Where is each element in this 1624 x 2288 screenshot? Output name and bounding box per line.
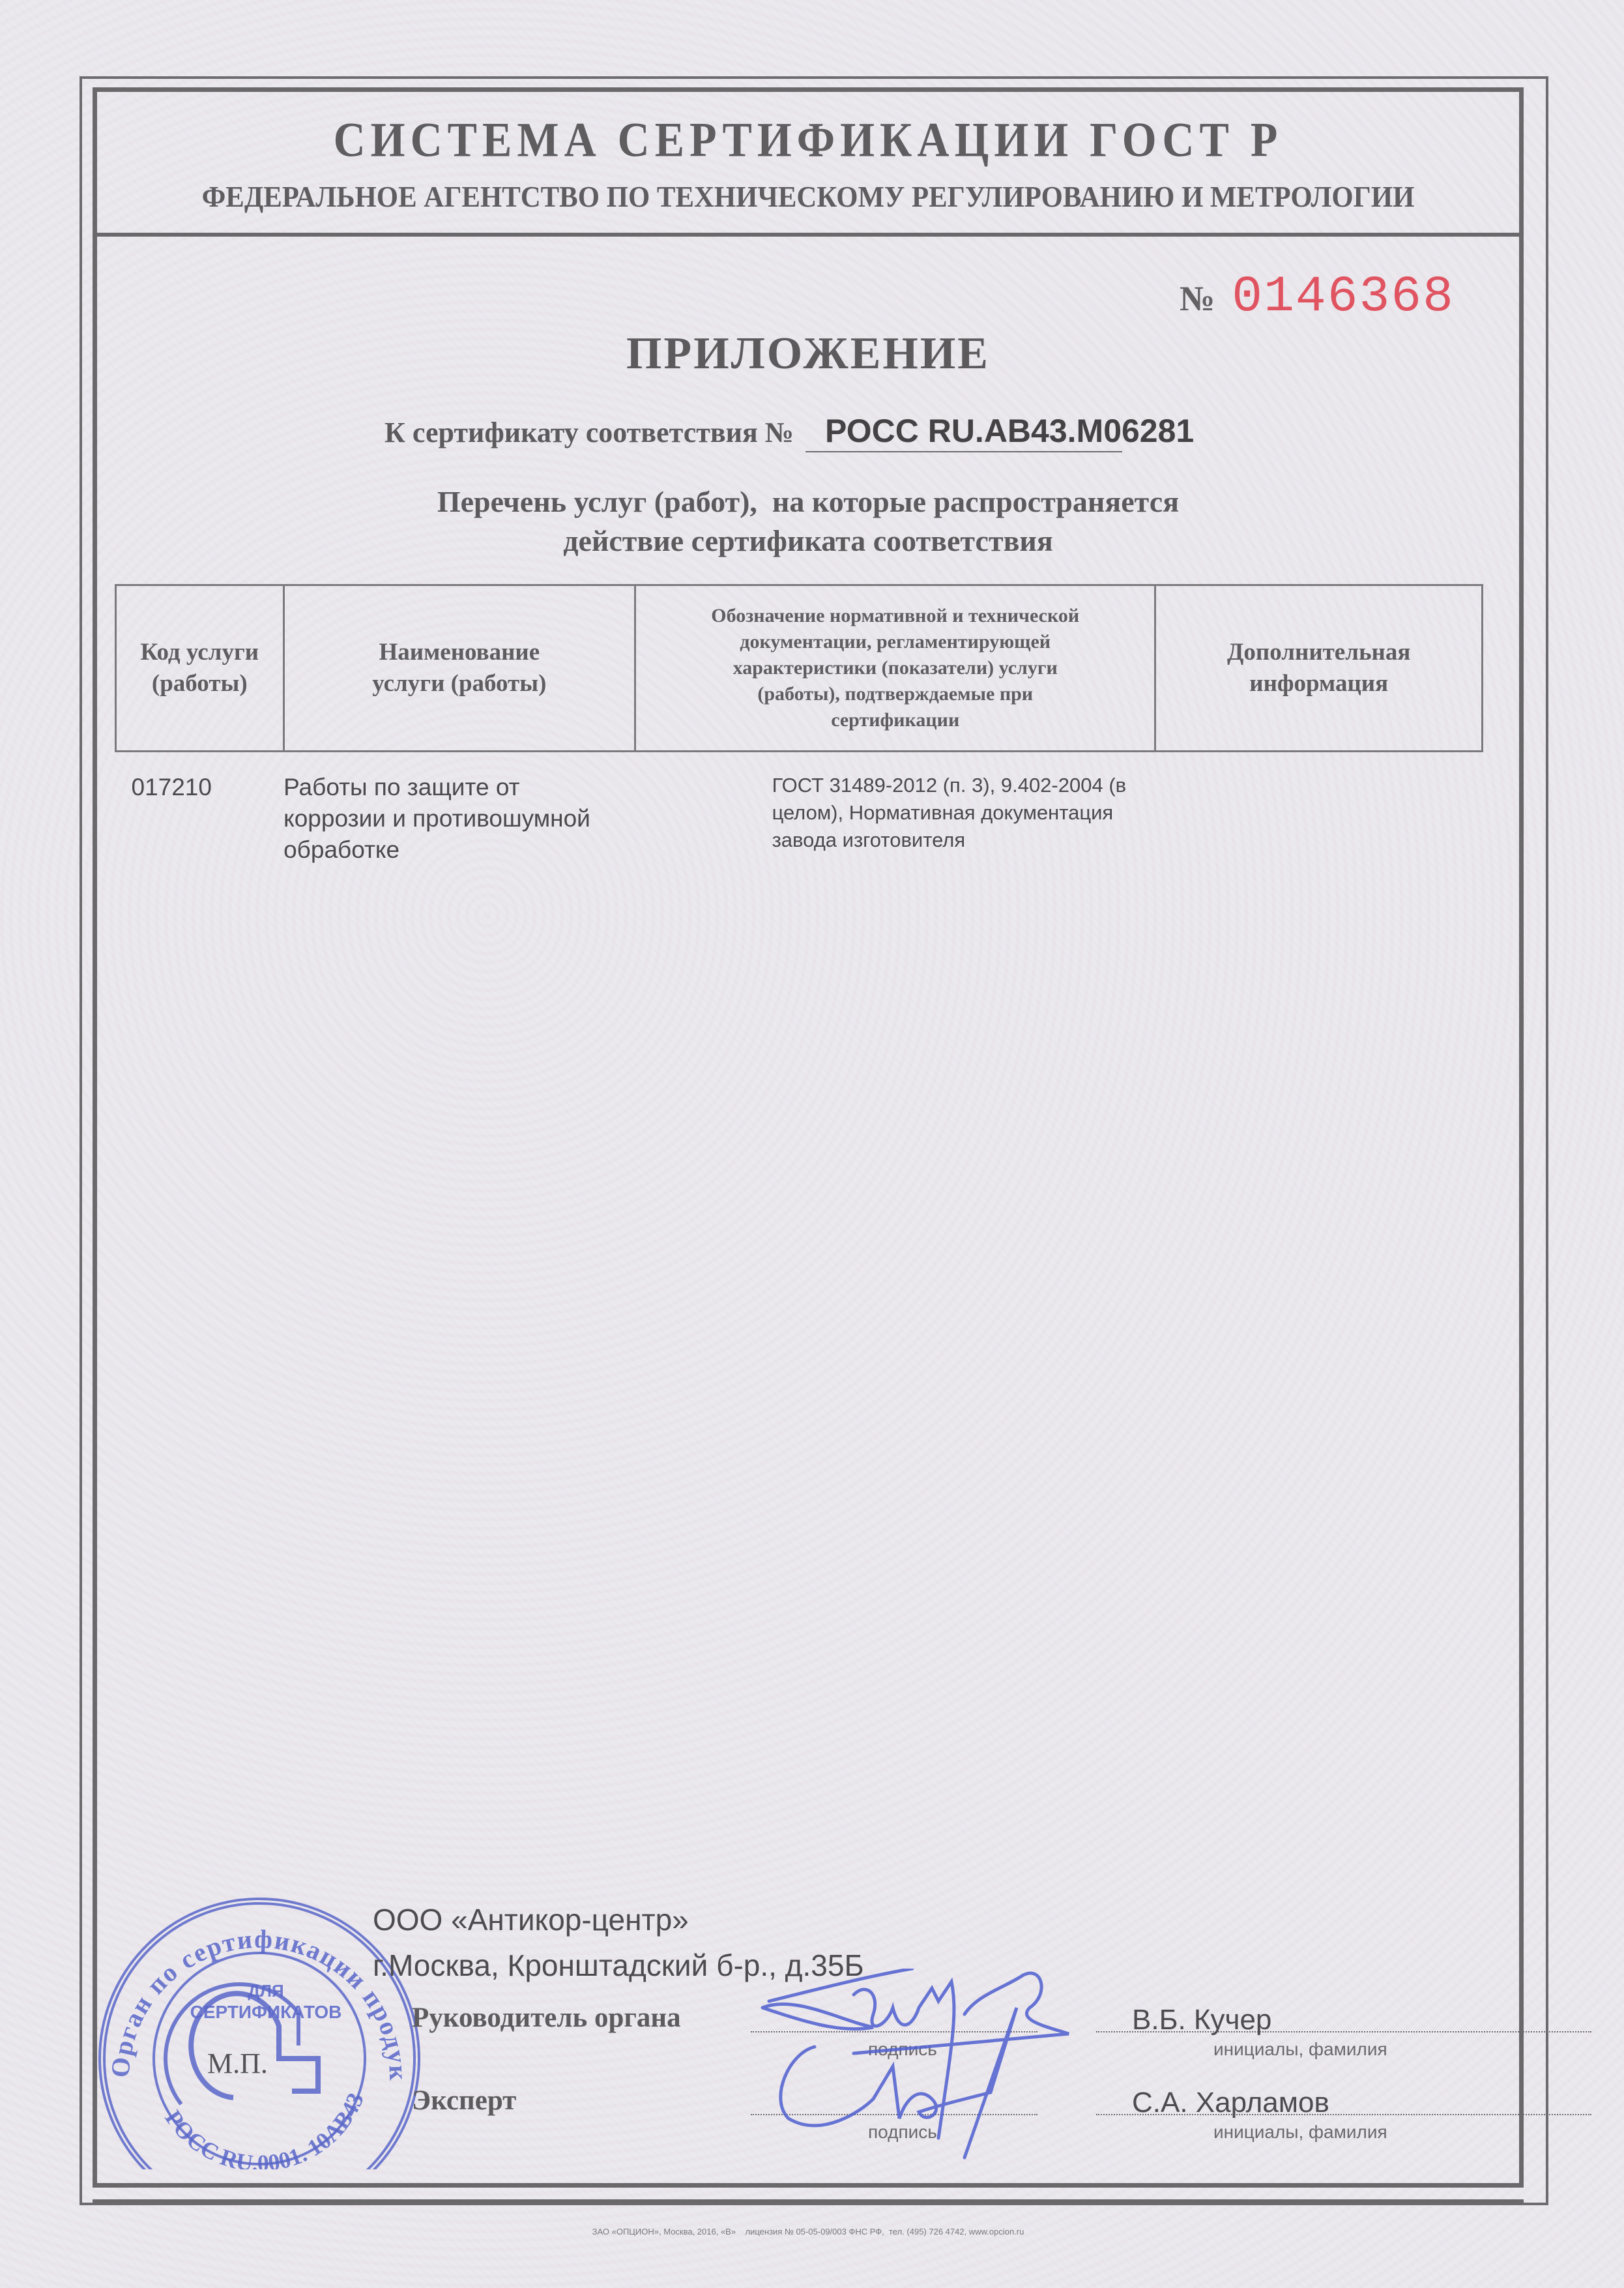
services-list-title-line1: Перечень услуг (работ), на которые распр… bbox=[93, 482, 1524, 521]
printer-imprint: ЗАО «ОПЦИОН», Москва, 2016, «В» лицензия… bbox=[93, 2227, 1524, 2237]
stamp-inner-line1: ДЛЯ bbox=[248, 1981, 283, 2001]
certification-system-title: СИСТЕМА СЕРТИФИКАЦИИ ГОСТ Р bbox=[93, 111, 1524, 168]
certificate-label: К сертификату соответствия № bbox=[384, 416, 794, 449]
service-code: 017210 bbox=[116, 752, 284, 867]
signatory-role: Эксперт bbox=[412, 2085, 516, 2117]
signatory-role: Руководитель органа bbox=[412, 2002, 681, 2034]
appendix-title: ПРИЛОЖЕНИЕ bbox=[93, 328, 1524, 380]
column-header-code: Код услуги (работы) bbox=[116, 585, 284, 752]
table-header-row: Код услуги (работы) Наименование услуги … bbox=[116, 585, 1483, 752]
name-caption: инициалы, фамилия bbox=[1213, 2039, 1387, 2060]
stamp-inner-line2: СЕРТИФИКАТОВ bbox=[190, 2002, 342, 2022]
stamp-place-label: М.П. bbox=[207, 2047, 268, 2080]
bottom-divider bbox=[93, 2199, 1524, 2205]
certificate-number-underline bbox=[805, 451, 1122, 452]
serial-number-value: 0146368 bbox=[1232, 269, 1455, 326]
column-header-additional: Дополнительная информация bbox=[1155, 585, 1483, 752]
certificate-number: РОСС RU.АВ43.М06281 bbox=[825, 413, 1194, 449]
stamp-registration-text: РОСС RU.0001. 10АВ43 bbox=[160, 2089, 369, 2169]
handwritten-signatures bbox=[743, 1969, 1108, 2164]
signatory-name: С.А. Харламов bbox=[1132, 2087, 1329, 2119]
service-name: Работы по защите от коррозии и противошу… bbox=[283, 752, 635, 867]
organization-name: ООО «Антикор-центр» bbox=[373, 1897, 864, 1943]
column-header-normative: Обозначение нормативной и технической до… bbox=[635, 585, 1155, 752]
name-caption: инициалы, фамилия bbox=[1213, 2122, 1387, 2143]
header-divider bbox=[93, 233, 1524, 237]
certificate-reference: К сертификату соответствия № РОСС RU.АВ4… bbox=[384, 412, 1194, 450]
service-additional-info bbox=[1155, 752, 1483, 867]
services-list-title-line2: действие сертификата соответствия bbox=[93, 521, 1524, 561]
table-row: 017210 Работы по защите от коррозии и пр… bbox=[116, 752, 1483, 867]
services-table: Код услуги (работы) Наименование услуги … bbox=[115, 584, 1483, 866]
service-normative-docs: ГОСТ 31489-2012 (п. 3), 9.402-2004 (в це… bbox=[635, 752, 1155, 867]
form-serial-number: № 0146368 bbox=[1180, 269, 1455, 326]
svg-text:РОСС RU.0001. 10АВ43: РОСС RU.0001. 10АВ43 bbox=[160, 2089, 369, 2169]
signatory-name: В.Б. Кучер bbox=[1132, 2004, 1271, 2036]
agency-title: ФЕДЕРАЛЬНОЕ АГЕНТСТВО ПО ТЕХНИЧЕСКОМУ РЕ… bbox=[143, 179, 1473, 214]
number-sign: № bbox=[1180, 278, 1215, 319]
services-list-title: Перечень услуг (работ), на которые распр… bbox=[93, 482, 1524, 561]
column-header-name: Наименование услуги (работы) bbox=[283, 585, 635, 752]
certificate-number-field: РОСС RU.АВ43.М06281 bbox=[805, 412, 1194, 450]
inner-border bbox=[93, 87, 1524, 2188]
